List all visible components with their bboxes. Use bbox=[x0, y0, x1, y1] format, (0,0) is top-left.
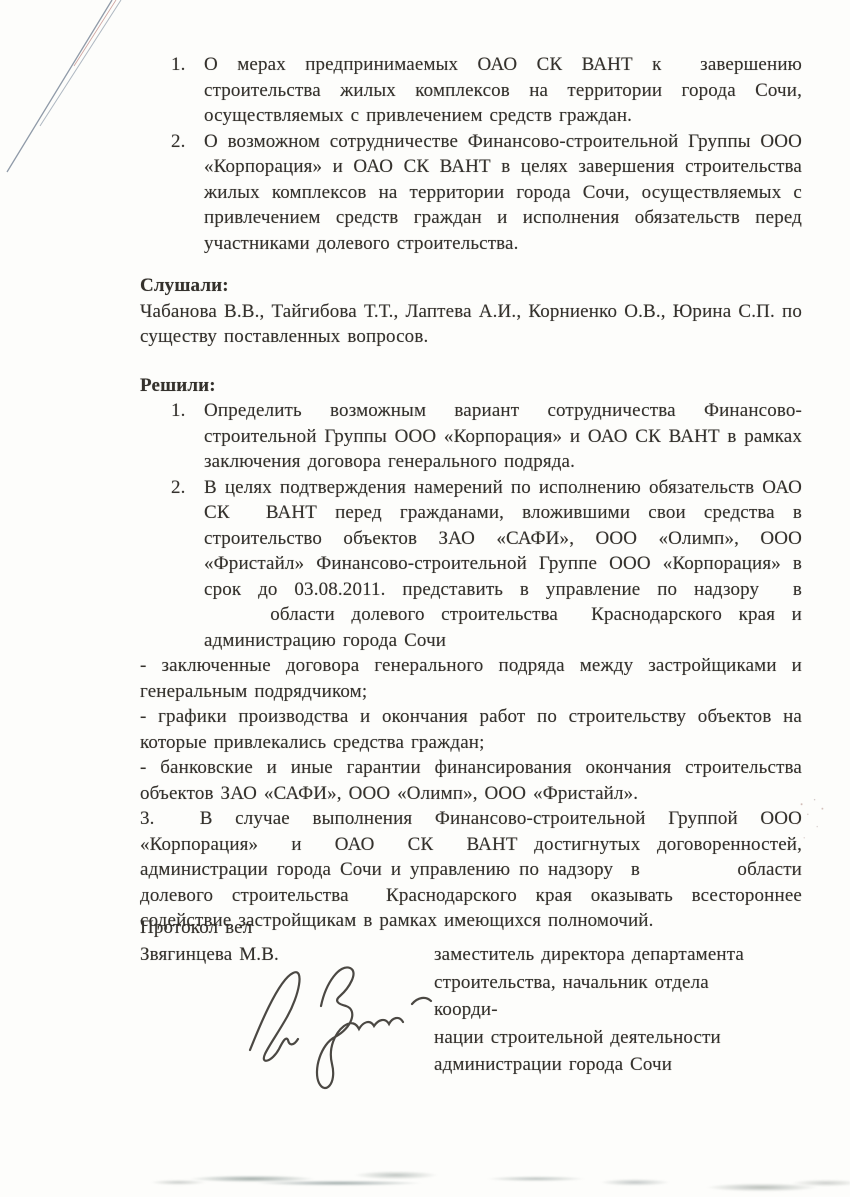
scan-noise-bottom bbox=[140, 1162, 460, 1186]
scan-noise-bottom bbox=[690, 1172, 850, 1194]
item-number: 2. bbox=[171, 475, 204, 654]
position-line: нации строительной деятельности bbox=[434, 1024, 779, 1052]
item-number: 1. bbox=[171, 398, 204, 475]
resolved-dash-item-3: - банковские и иные гарантии финансирова… bbox=[140, 755, 802, 806]
item-number: 2. bbox=[171, 129, 204, 257]
item-text: О возможном сотрудничестве Финансово-стр… bbox=[204, 129, 802, 257]
resolved-heading: Решили: bbox=[140, 373, 802, 399]
signatory-position-block: заместитель директора департамента строи… bbox=[434, 941, 779, 1079]
resolved-item-2: 2. В целях подтверждения намерений по ис… bbox=[140, 475, 802, 654]
agenda-item-1: 1. О мерах предпринимаемых ОАО СК ВАНТ к… bbox=[140, 52, 802, 129]
item-text: Определить возможным вариант сотрудничес… bbox=[204, 398, 802, 475]
signature-scribble-icon bbox=[222, 952, 437, 1102]
item-number: 1. bbox=[171, 52, 204, 129]
protocol-keeper-label: Протокол вел bbox=[140, 914, 279, 941]
resolved-dash-item-1: - заключенные договора генерального подр… bbox=[140, 653, 802, 704]
position-line: заместитель директора департамента bbox=[434, 941, 779, 969]
heard-body: Чабанова В.В., Тайгибова Т.Т., Лаптева А… bbox=[140, 299, 802, 350]
document-body: 1. О мерах предпринимаемых ОАО СК ВАНТ к… bbox=[0, 0, 850, 934]
agenda-list: 1. О мерах предпринимаемых ОАО СК ВАНТ к… bbox=[140, 52, 802, 256]
position-line: строительства, начальник отдела коорди- bbox=[434, 969, 779, 1024]
resolved-dash-item-2: - графики производства и окончания работ… bbox=[140, 704, 802, 755]
scanned-protocol-page: 1. О мерах предпринимаемых ОАО СК ВАНТ к… bbox=[0, 0, 850, 1197]
position-line: администрации города Сочи bbox=[434, 1051, 779, 1079]
agenda-item-2: 2. О возможном сотрудничестве Финансово-… bbox=[140, 129, 802, 257]
item-text: В целях подтверждения намерений по испол… bbox=[204, 475, 802, 654]
resolved-list: 1. Определить возможным вариант сотрудни… bbox=[140, 398, 802, 653]
item-text: О мерах предпринимаемых ОАО СК ВАНТ к за… bbox=[204, 52, 802, 129]
heard-heading: Слушали: bbox=[140, 273, 802, 299]
resolved-item-1: 1. Определить возможным вариант сотрудни… bbox=[140, 398, 802, 475]
scan-noise-bottom bbox=[470, 1168, 690, 1186]
